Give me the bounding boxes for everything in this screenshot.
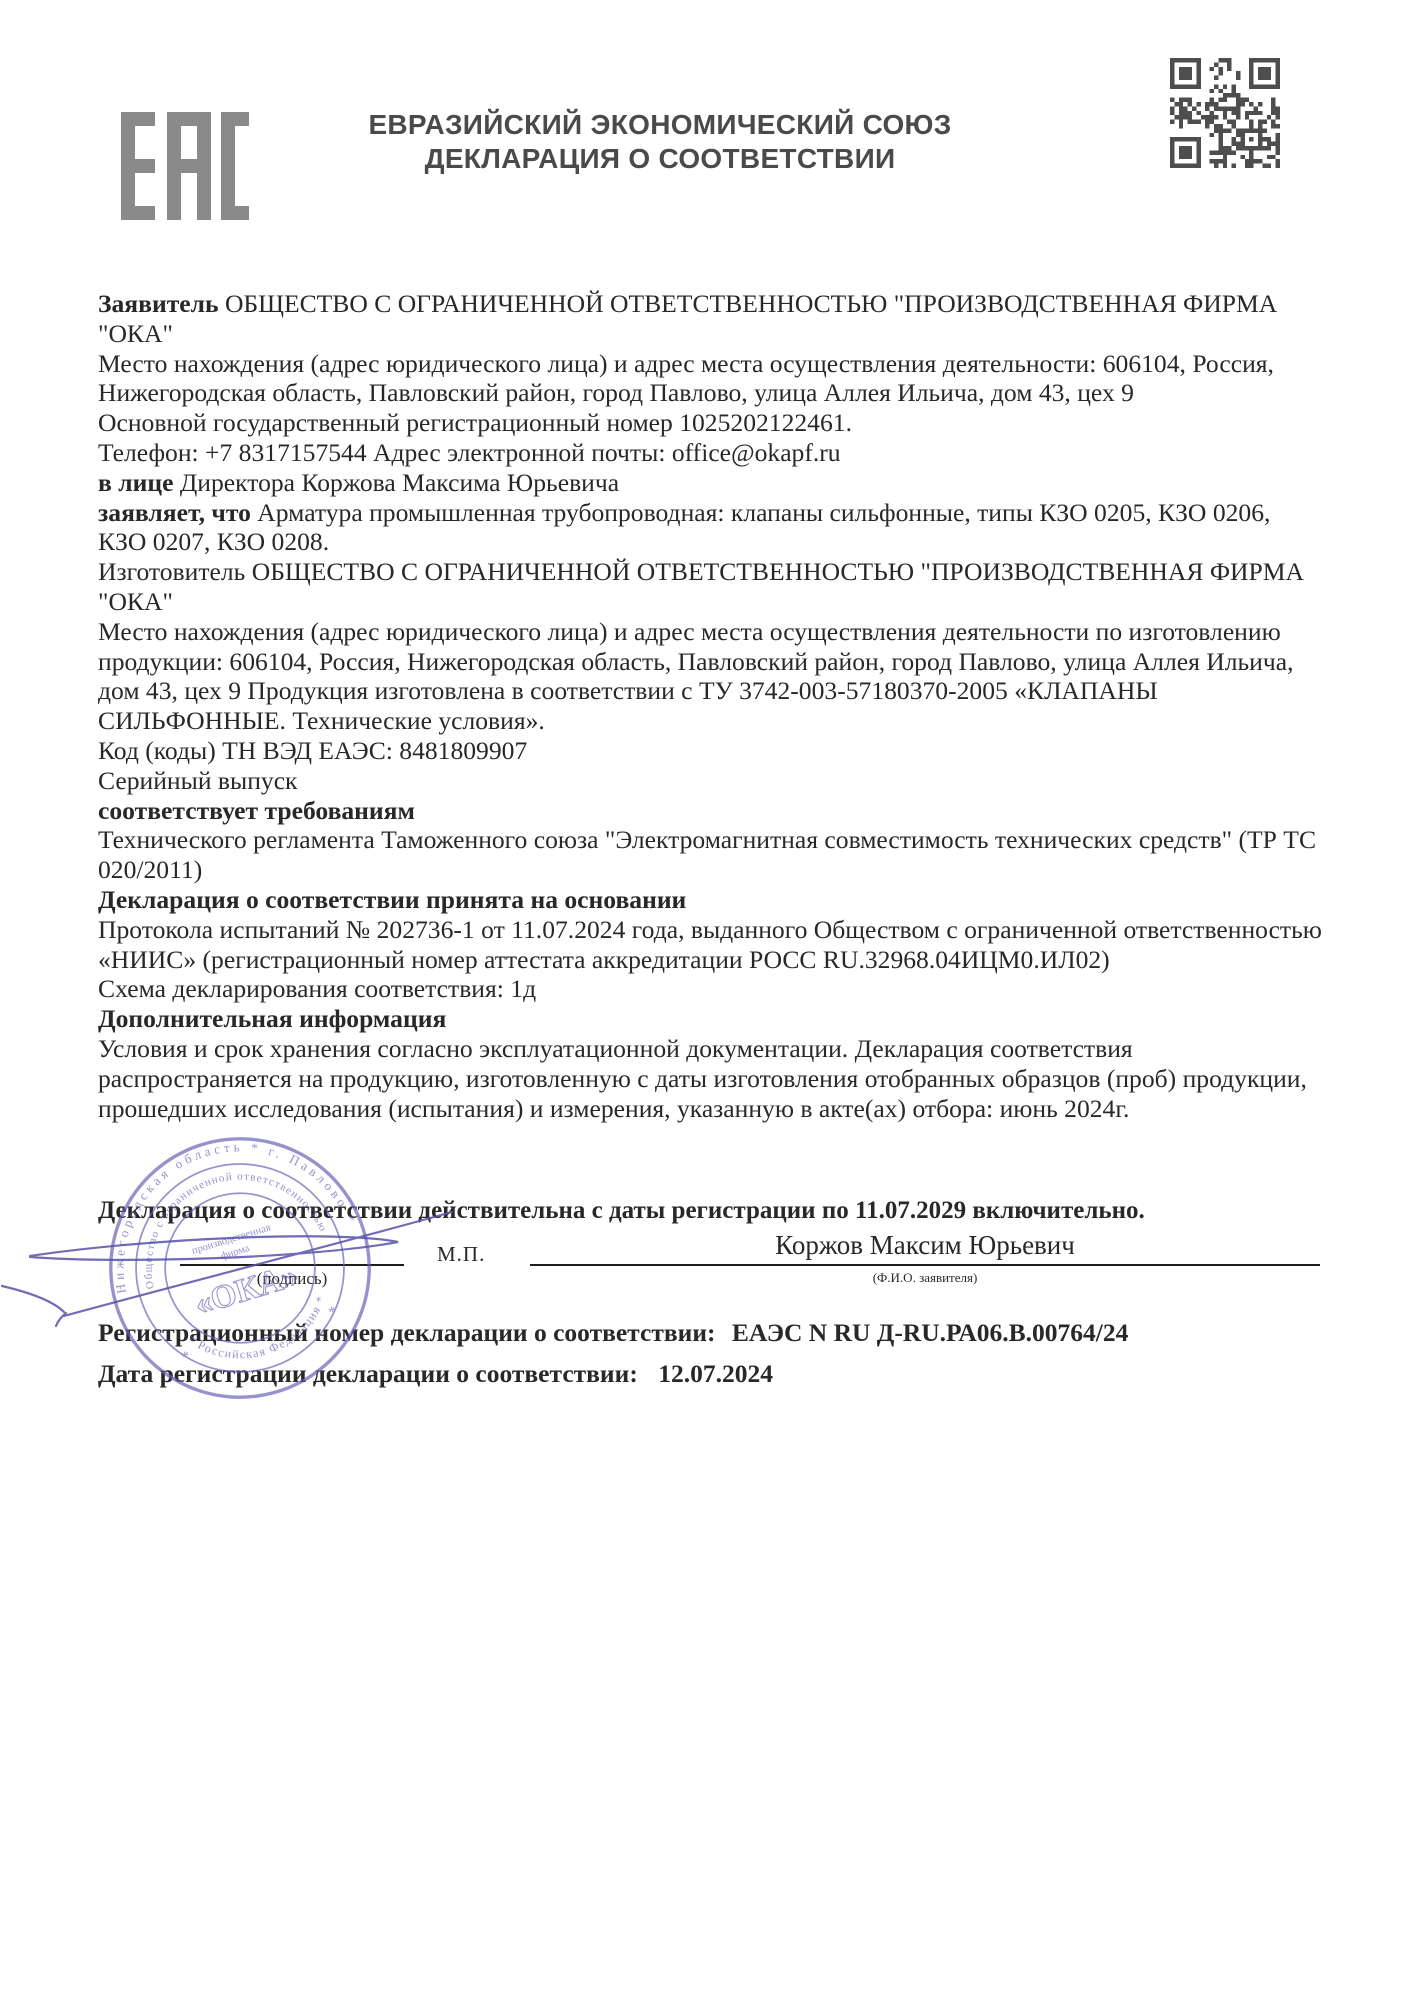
- eac-logo-icon: [121, 112, 249, 220]
- stamp-place-label: М.П.: [437, 1242, 485, 1267]
- registration-date-label: Дата регистрации декларации о соответств…: [98, 1359, 638, 1388]
- document-header: ЕВРАЗИЙСКИЙ ЭКОНОМИЧЕСКИЙ СОЮЗ ДЕКЛАРАЦИ…: [360, 108, 960, 176]
- doc-type-title: ДЕКЛАРАЦИЯ О СООТВЕТСТВИИ: [360, 142, 960, 176]
- paragraph: Основной государственный регистрационный…: [98, 408, 1322, 438]
- registration-number-label: Регистрационный номер декларации о соотв…: [98, 1318, 716, 1347]
- qr-code-icon: [1170, 58, 1280, 168]
- paragraph: Декларация о соответствии принята на осн…: [98, 885, 1322, 915]
- eac-logo-glyphs: [121, 112, 249, 220]
- paragraph: заявляет, что Арматура промышленная труб…: [98, 498, 1322, 558]
- validity-statement: Декларация о соответствии действительна …: [98, 1197, 1338, 1225]
- paragraph: Протокола испытаний № 202736-1 от 11.07.…: [98, 915, 1322, 975]
- registration-number-line: Регистрационный номер декларации о соотв…: [98, 1318, 1128, 1348]
- applicant-name-line: [530, 1264, 1320, 1266]
- applicant-name: Коржов Максим Юрьевич: [530, 1230, 1320, 1261]
- signature-caption: (подпись): [180, 1269, 404, 1289]
- registration-number-value: ЕАЭС N RU Д-RU.РА06.В.00764/24: [732, 1318, 1128, 1347]
- paragraph: Схема декларирования соответствия: 1д: [98, 974, 1322, 1004]
- paragraph: Место нахождения (адрес юридического лиц…: [98, 349, 1322, 409]
- paragraph: Условия и срок хранения согласно эксплуа…: [98, 1034, 1322, 1123]
- paragraph: Место нахождения (адрес юридического лиц…: [98, 617, 1322, 736]
- signature-line: [180, 1264, 404, 1266]
- stamp-center-line1: производственная: [190, 1221, 272, 1256]
- paragraph: Телефон: +7 8317157544 Адрес электронной…: [98, 438, 1322, 468]
- applicant-name-caption: (Ф.И.О. заявителя): [530, 1270, 1320, 1286]
- paragraph: Изготовитель ОБЩЕСТВО С ОГРАНИЧЕННОЙ ОТВ…: [98, 557, 1322, 617]
- stamp-company-name: «ОКА»: [191, 1257, 303, 1323]
- registration-date-value: 12.07.2024: [658, 1359, 773, 1388]
- paragraph: Дополнительная информация: [98, 1004, 1322, 1034]
- registration-date-line: Дата регистрации декларации о соответств…: [98, 1359, 773, 1389]
- paragraph: в лице Директора Коржова Максима Юрьевич…: [98, 468, 1322, 498]
- validity-text: Декларация о соответствии действительна …: [98, 1197, 1145, 1224]
- union-name-title: ЕВРАЗИЙСКИЙ ЭКОНОМИЧЕСКИЙ СОЮЗ: [360, 108, 960, 142]
- paragraph: Технического регламента Таможенного союз…: [98, 825, 1322, 885]
- paragraph: соответствует требованиям: [98, 796, 1322, 826]
- stamp-center-line2: фирма: [219, 1242, 251, 1262]
- paragraph: Код (коды) ТН ВЭД ЕАЭС: 8481809907: [98, 736, 1322, 766]
- paragraph: Серийный выпуск: [98, 766, 1322, 796]
- declaration-document-page: ЕВРАЗИЙСКИЙ ЭКОНОМИЧЕСКИЙ СОЮЗ ДЕКЛАРАЦИ…: [0, 0, 1414, 2000]
- paragraph: Заявитель ОБЩЕСТВО С ОГРАНИЧЕННОЙ ОТВЕТС…: [98, 289, 1322, 349]
- body-text: Заявитель ОБЩЕСТВО С ОГРАНИЧЕННОЙ ОТВЕТС…: [98, 289, 1322, 1123]
